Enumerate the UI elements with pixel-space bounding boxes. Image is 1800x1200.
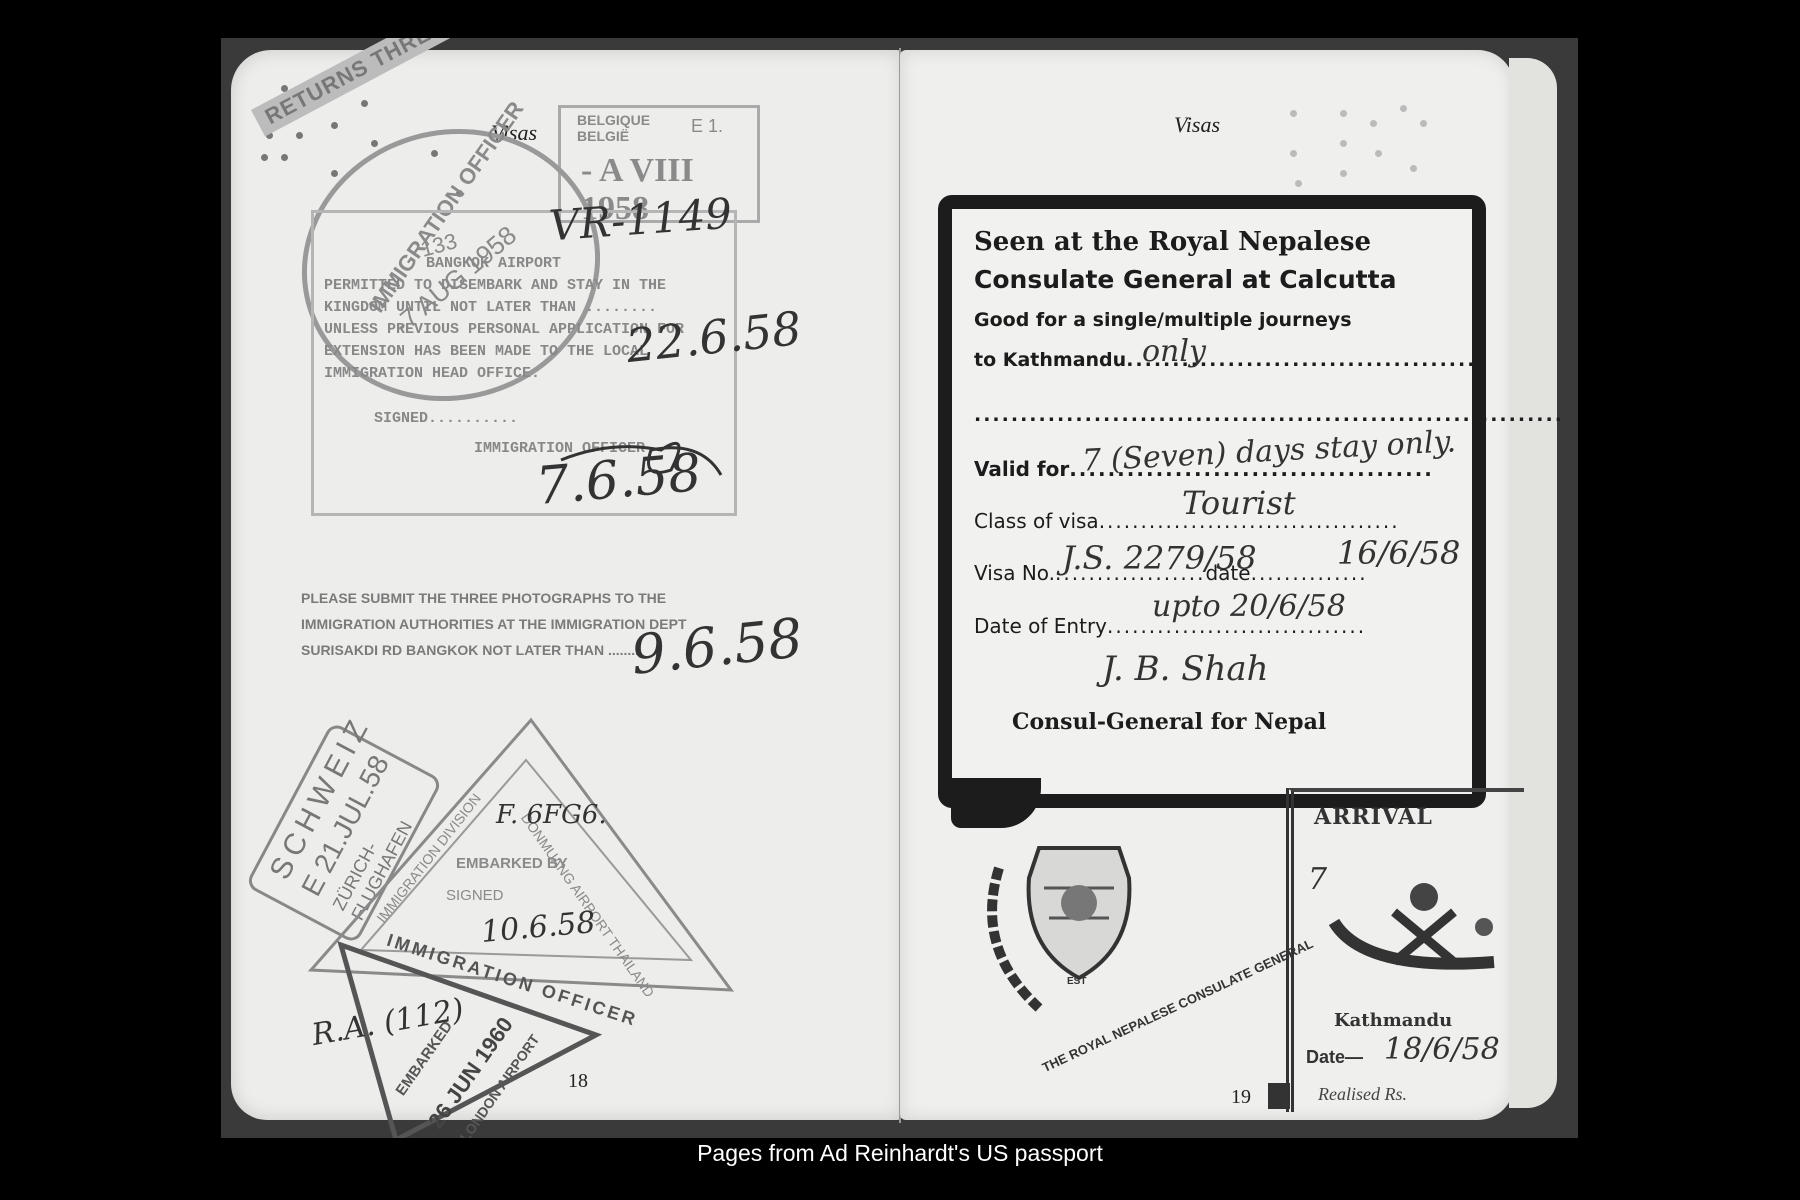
perforation — [261, 154, 268, 161]
consulate-general-seal: THE ROYAL NEPALESE CONSULATE GENERAL EST — [969, 808, 1189, 1028]
officer-signature — [551, 420, 731, 490]
kathmandu-arrival-stamp: ARRIVAL 7 Kathmandu Date— 18/6/58 Realis… — [1286, 788, 1524, 1112]
consul-signature: J. B. Shah — [1102, 649, 1269, 689]
perforation — [331, 170, 338, 177]
perforation — [296, 132, 303, 139]
page-header-visas: Visas — [1174, 112, 1220, 138]
kathmandu-value: only — [1142, 334, 1206, 369]
date-of-entry-value: upto 20/6/58 — [1152, 589, 1346, 624]
perforation — [281, 154, 288, 161]
perforation — [1290, 110, 1297, 117]
class-of-visa-value: Tourist — [1182, 484, 1296, 522]
nepal-visa-line3: Good for a single/multiple journeys — [974, 309, 1352, 331]
perforation — [361, 100, 368, 107]
perforation — [331, 122, 338, 129]
arrival-city: Kathmandu — [1334, 1010, 1452, 1031]
embarked-by-label: EMBARKED BY — [456, 855, 568, 872]
perforation — [1340, 170, 1347, 177]
perforation — [1295, 180, 1302, 187]
realised-fee-label: Realised Rs. — [1318, 1084, 1407, 1105]
perforation — [1370, 120, 1377, 127]
perforation — [1410, 165, 1417, 172]
nepal-visa-line1: Seen at the Royal Nepalese — [974, 227, 1371, 257]
ink-mark — [1268, 1083, 1290, 1109]
perforation — [1375, 150, 1382, 157]
consul-general-footer: Consul-General for Nepal — [1012, 709, 1326, 735]
perforation — [1420, 120, 1427, 127]
nepal-visa-line2: Consulate General at Calcutta — [974, 265, 1396, 294]
handwritten-flight-number: F. 6FG6. — [496, 800, 607, 830]
perforation — [1290, 150, 1297, 157]
perforation — [1340, 110, 1347, 117]
signed-label: SIGNED — [446, 887, 504, 904]
arrival-date-value: 18/6/58 — [1384, 1032, 1500, 1067]
perforation — [371, 140, 378, 147]
passport-photo: RETURNS THREE MONIES Visas BELGIQUE BELG… — [221, 38, 1578, 1138]
page-number-18: 18 — [568, 1070, 588, 1093]
seal-est-text: EST — [1067, 976, 1086, 987]
nepal-visa-stamp: Seen at the Royal Nepalese Consulate Gen… — [938, 195, 1486, 808]
passport-page-18: RETURNS THREE MONIES Visas BELGIQUE BELG… — [231, 50, 903, 1120]
crossed-khukuri-emblem-icon — [1324, 872, 1514, 982]
blank-dotted-row: ........................................… — [974, 404, 1564, 426]
arrival-title: ARRIVAL — [1314, 804, 1433, 830]
arrival-date-label: Date— — [1306, 1047, 1363, 1068]
visa-no-value: J.S. 2279/58 — [1062, 539, 1257, 577]
kathmandu-row: to Kathmandu............................… — [974, 349, 1486, 371]
visa-date-value: 16/6/58 — [1337, 534, 1460, 572]
coat-of-arms-icon — [969, 808, 1189, 1028]
perforation — [1340, 140, 1347, 147]
page-number-19: 19 — [1231, 1086, 1251, 1109]
perforation — [1400, 105, 1407, 112]
image-caption: Pages from Ad Reinhardt's US passport — [0, 1140, 1800, 1167]
